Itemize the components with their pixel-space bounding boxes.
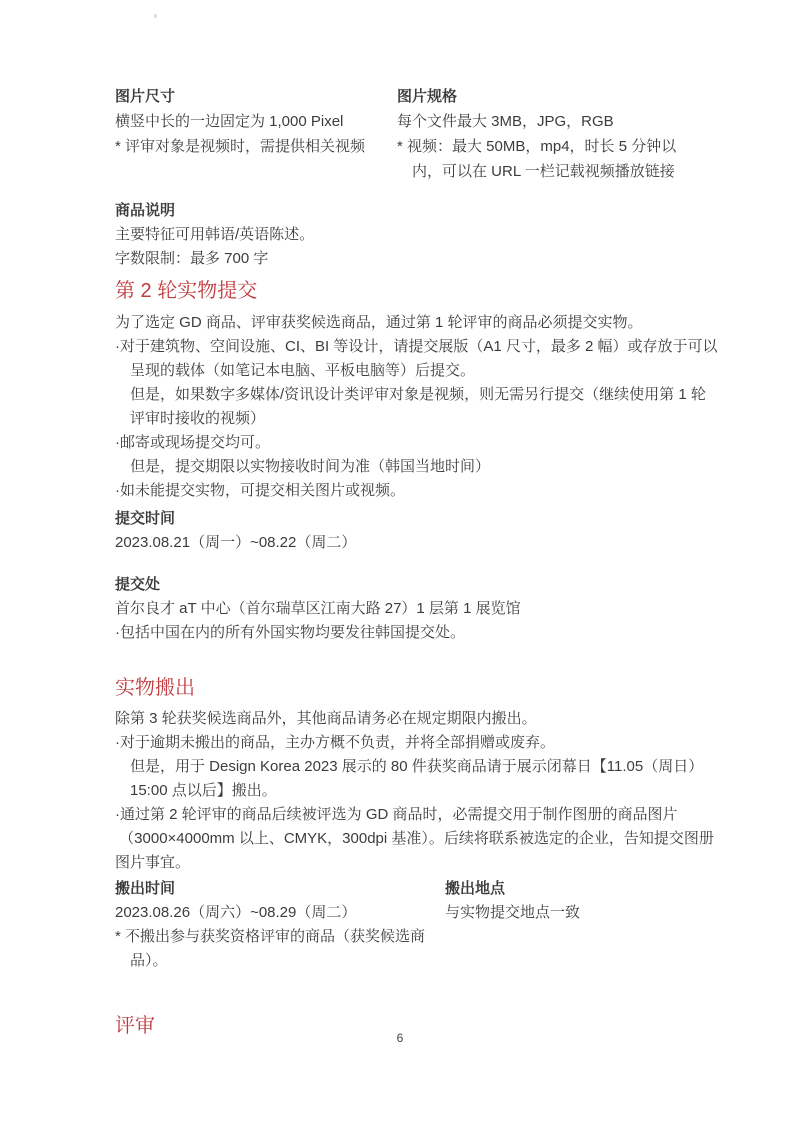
text-line: 主要特征可用韩语/英语陈述。 <box>115 223 690 247</box>
submission-place-block: 提交处 首尔良才 aT 中心（首尔瑞草区江南大路 27）1 层第 1 展览馆·包… <box>115 573 690 645</box>
image-size-lines: 横竖中长的一边固定为 1,000 Pixel* 评审对象是视频时，需提供相关视频 <box>115 109 397 159</box>
section-title: 搬出时间 <box>115 877 445 901</box>
text-line: 但是，用于 Design Korea 2023 展示的 80 件获奖商品请于展示… <box>115 755 690 779</box>
section-title: 提交处 <box>115 573 690 597</box>
section-title: 图片规格 <box>397 84 690 109</box>
section-title: 商品说明 <box>115 199 690 223</box>
text-line: 评审时接收的视频） <box>115 407 690 431</box>
text-line: 品）。 <box>115 949 445 973</box>
moveout-paragraph: 除第 3 轮获奖候选商品外，其他商品请务必在规定期限内搬出。·对于逾期未搬出的商… <box>115 707 690 875</box>
section-title: 提交时间 <box>115 507 690 531</box>
text-line: * 不搬出参与获奖资格评审的商品（获奖候选商 <box>115 925 445 949</box>
text-line: 2023.08.26（周六）~08.29（周二） <box>115 901 445 925</box>
text-line: * 评审对象是视频时，需提供相关视频 <box>115 134 397 159</box>
text-line: ·如未能提交实物，可提交相关图片或视频。 <box>115 479 690 503</box>
text-line: ·对于逾期未搬出的商品，主办方概不负责，并将全部捐赠或废弃。 <box>115 731 690 755</box>
text-line: （3000×4000mm 以上、CMYK，300dpi 基准）。后续将联系被选定… <box>115 827 690 851</box>
text-line: 15:00 点以后】搬出。 <box>115 779 690 803</box>
text-line: 呈现的载体（如笔记本电脑、平板电脑等）后提交。 <box>115 359 690 383</box>
text-line: ·通过第 2 轮评审的商品后续被评选为 GD 商品时，必需提交用于制作图册的商品… <box>115 803 690 827</box>
section-title: 搬出地点 <box>445 877 690 901</box>
text-line: 除第 3 轮获奖候选商品外，其他商品请务必在规定期限内搬出。 <box>115 707 690 731</box>
text-line: 横竖中长的一边固定为 1,000 Pixel <box>115 109 397 134</box>
submission-time-block: 提交时间 2023.08.21（周一）~08.22（周二） <box>115 507 690 555</box>
section-moveout-details: 搬出时间 2023.08.26（周六）~08.29（周二）* 不搬出参与获奖资格… <box>115 877 690 973</box>
section-image-requirements: 图片尺寸 横竖中长的一边固定为 1,000 Pixel* 评审对象是视频时，需提… <box>115 84 690 184</box>
moveout-time-block: 搬出时间 2023.08.26（周六）~08.29（周二）* 不搬出参与获奖资格… <box>115 877 445 973</box>
text-line: 2023.08.21（周一）~08.22（周二） <box>115 531 690 555</box>
submission-time-lines: 2023.08.21（周一）~08.22（周二） <box>115 531 690 555</box>
heading-round2-physical-submission: 第 2 轮实物提交 <box>115 278 690 304</box>
text-line: 字数限制：最多 700 字 <box>115 247 690 271</box>
text-line: 与实物提交地点一致 <box>445 901 690 925</box>
page-number: 6 <box>0 1030 800 1046</box>
text-line: 但是，提交期限以实物接收时间为准（韩国当地时间） <box>115 455 690 479</box>
image-spec-block: 图片规格 每个文件最大 3MB，JPG，RGB* 视频：最大 50MB，mp4，… <box>397 84 690 184</box>
text-line: 为了选定 GD 商品、评审获奖候选商品，通过第 1 轮评审的商品必须提交实物。 <box>115 311 690 335</box>
text-line: 但是，如果数字多媒体/资讯设计类评审对象是视频，则无需另行提交（继续使用第 1 … <box>115 383 690 407</box>
section-title: 图片尺寸 <box>115 84 397 109</box>
round2-paragraph: 为了选定 GD 商品、评审获奖候选商品，通过第 1 轮评审的商品必须提交实物。·… <box>115 311 690 503</box>
scan-artifact-dot <box>154 14 157 18</box>
product-description-lines: 主要特征可用韩语/英语陈述。字数限制：最多 700 字 <box>115 223 690 271</box>
text-line: 每个文件最大 3MB，JPG，RGB <box>397 109 690 134</box>
text-line: 图片事宜。 <box>115 851 690 875</box>
text-line: ·邮寄或现场提交均可。 <box>115 431 690 455</box>
submission-place-lines: 首尔良才 aT 中心（首尔瑞草区江南大路 27）1 层第 1 展览馆·包括中国在… <box>115 597 690 645</box>
moveout-place-lines: 与实物提交地点一致 <box>445 901 690 925</box>
moveout-time-lines: 2023.08.26（周六）~08.29（周二）* 不搬出参与获奖资格评审的商品… <box>115 901 445 973</box>
document-content: 图片尺寸 横竖中长的一边固定为 1,000 Pixel* 评审对象是视频时，需提… <box>115 84 690 1039</box>
text-line: ·对于建筑物、空间设施、CI、BI 等设计，请提交展版（A1 尺寸，最多 2 幅… <box>115 335 690 359</box>
heading-physical-moveout: 实物搬出 <box>115 675 690 701</box>
text-line: 首尔良才 aT 中心（首尔瑞草区江南大路 27）1 层第 1 展览馆 <box>115 597 690 621</box>
text-line: 内，可以在 URL 一栏记载视频播放链接 <box>397 159 690 184</box>
text-line: * 视频：最大 50MB，mp4，时长 5 分钟以 <box>397 134 690 159</box>
image-size-block: 图片尺寸 横竖中长的一边固定为 1,000 Pixel* 评审对象是视频时，需提… <box>115 84 397 184</box>
text-line: ·包括中国在内的所有外国实物均要发往韩国提交处。 <box>115 621 690 645</box>
product-description-block: 商品说明 主要特征可用韩语/英语陈述。字数限制：最多 700 字 <box>115 199 690 271</box>
image-spec-lines: 每个文件最大 3MB，JPG，RGB* 视频：最大 50MB，mp4，时长 5 … <box>397 109 690 184</box>
moveout-place-block: 搬出地点 与实物提交地点一致 <box>445 877 690 973</box>
